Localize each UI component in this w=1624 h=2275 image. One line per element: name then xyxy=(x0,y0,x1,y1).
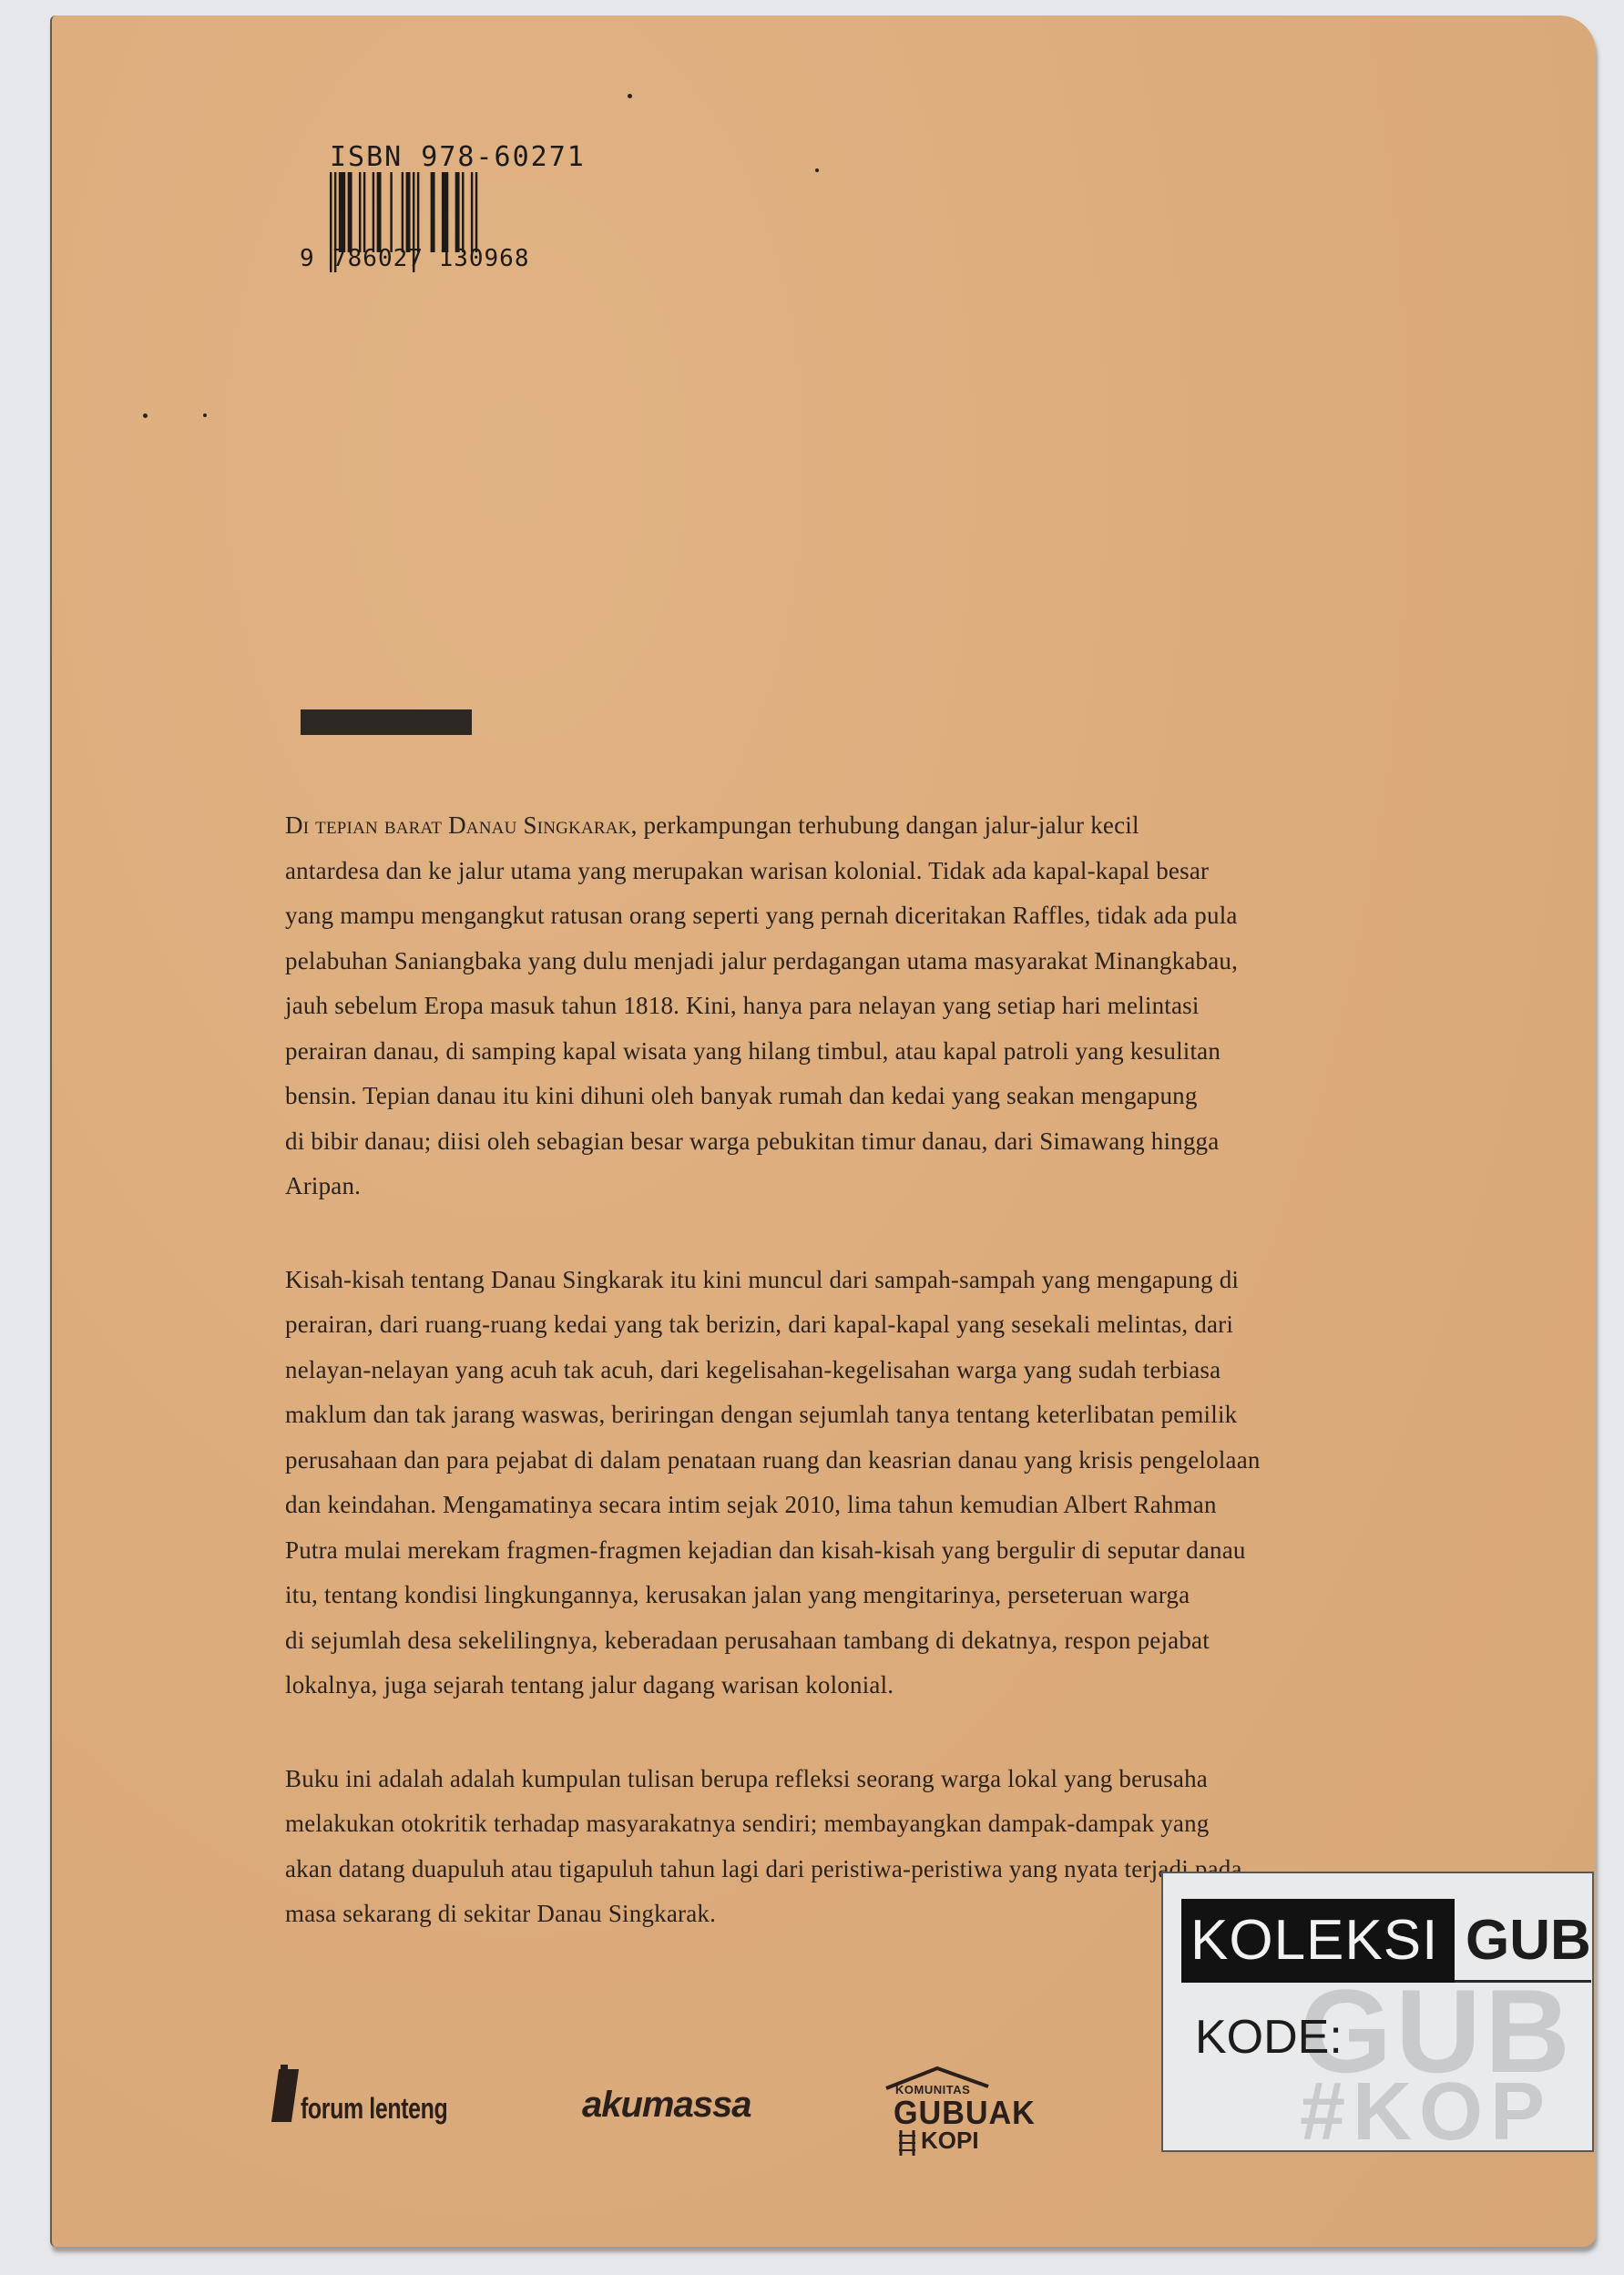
speck xyxy=(203,413,207,417)
blurb-line: Di tepian barat Danau Singkarak, perkamp… xyxy=(285,803,1460,849)
blurb-line: Kisah-kisah tentang Danau Singkarak itu … xyxy=(285,1258,1460,1303)
library-sticker: GUB #KOP KOLEKSI GUB KODE: xyxy=(1161,1872,1594,2152)
blurb-line: lokalnya, juga sejarah tentang jalur dag… xyxy=(285,1663,1460,1709)
blurb-line: jauh sebelum Eropa masuk tahun 1818. Kin… xyxy=(285,984,1460,1029)
blurb-line: yang mampu mengangkut ratusan orang sepe… xyxy=(285,893,1460,939)
blurb-line: di bibir danau; diisi oleh sebagian besa… xyxy=(285,1119,1460,1165)
forum-lenteng-mark-icon xyxy=(271,2069,299,2122)
speck xyxy=(815,168,819,172)
blurb-line: di sejumlah desa sekelilingnya, keberada… xyxy=(285,1618,1460,1664)
speck xyxy=(143,413,148,418)
blurb-line: perusahaan dan para pejabat di dalam pen… xyxy=(285,1438,1460,1484)
blurb-line: Putra mulai merekam fragmen-fragmen keja… xyxy=(285,1528,1460,1574)
blurb-line: dan keindahan. Mengamatinya secara intim… xyxy=(285,1483,1460,1528)
sticker-watermark-bottom: #KOP xyxy=(1300,2076,1552,2148)
blurb: Di tepian barat Danau Singkarak, perkamp… xyxy=(285,803,1460,1985)
akumassa-logo: akumassa xyxy=(582,2085,751,2126)
sticker-title-light: GUB xyxy=(1455,1899,1591,1983)
blurb-line: maklum dan tak jarang waswas, beriringan… xyxy=(285,1393,1460,1438)
blurb-paragraph: Kisah-kisah tentang Danau Singkarak itu … xyxy=(285,1258,1460,1709)
blurb-line: pelabuhan Saniangbaka yang dulu menjadi … xyxy=(285,939,1460,984)
forum-lenteng-text: forum lenteng xyxy=(301,2092,447,2126)
gubuak-kopi-bottom: KOPI xyxy=(921,2127,979,2155)
isbn-label: ISBN 978-60271 xyxy=(330,141,586,173)
blurb-line: Aripan. xyxy=(285,1164,1460,1209)
blurb-line: Buku ini adalah adalah kumpulan tulisan … xyxy=(285,1757,1460,1802)
blurb-lead-small-caps: Di tepian barat Danau Singkarak xyxy=(285,811,631,839)
blurb-line: antardesa dan ke jalur utama yang merupa… xyxy=(285,849,1460,894)
speck xyxy=(628,94,632,98)
ean-first-digit: 9 xyxy=(300,245,314,272)
blurb-line: nelayan-nelayan yang acuh tak acuh, dari… xyxy=(285,1348,1460,1393)
sticker-code-label: KODE: xyxy=(1195,2010,1343,2065)
gubuak-kopi-logo: KOMUNITAS GUBUAK KOPI xyxy=(883,2065,1056,2156)
blurb-line: perairan danau, di samping kapal wisata … xyxy=(285,1029,1460,1075)
blurb-line: melakukan otokritik terhadap masyarakatn… xyxy=(285,1801,1460,1847)
blurb-paragraph: Di tepian barat Danau Singkarak, perkamp… xyxy=(285,803,1460,1209)
sticker-title-dark: KOLEKSI xyxy=(1181,1899,1455,1983)
decorative-rule xyxy=(301,709,472,735)
ean-digits: 786027 130968 xyxy=(332,245,530,272)
blurb-line: perairan, dari ruang-ruang kedai yang ta… xyxy=(285,1302,1460,1348)
forum-lenteng-logo: forum lenteng xyxy=(275,2065,494,2137)
blurb-line: itu, tentang kondisi lingkungannya, keru… xyxy=(285,1573,1460,1618)
blurb-line: bensin. Tepian danau itu kini dihuni ole… xyxy=(285,1074,1460,1119)
